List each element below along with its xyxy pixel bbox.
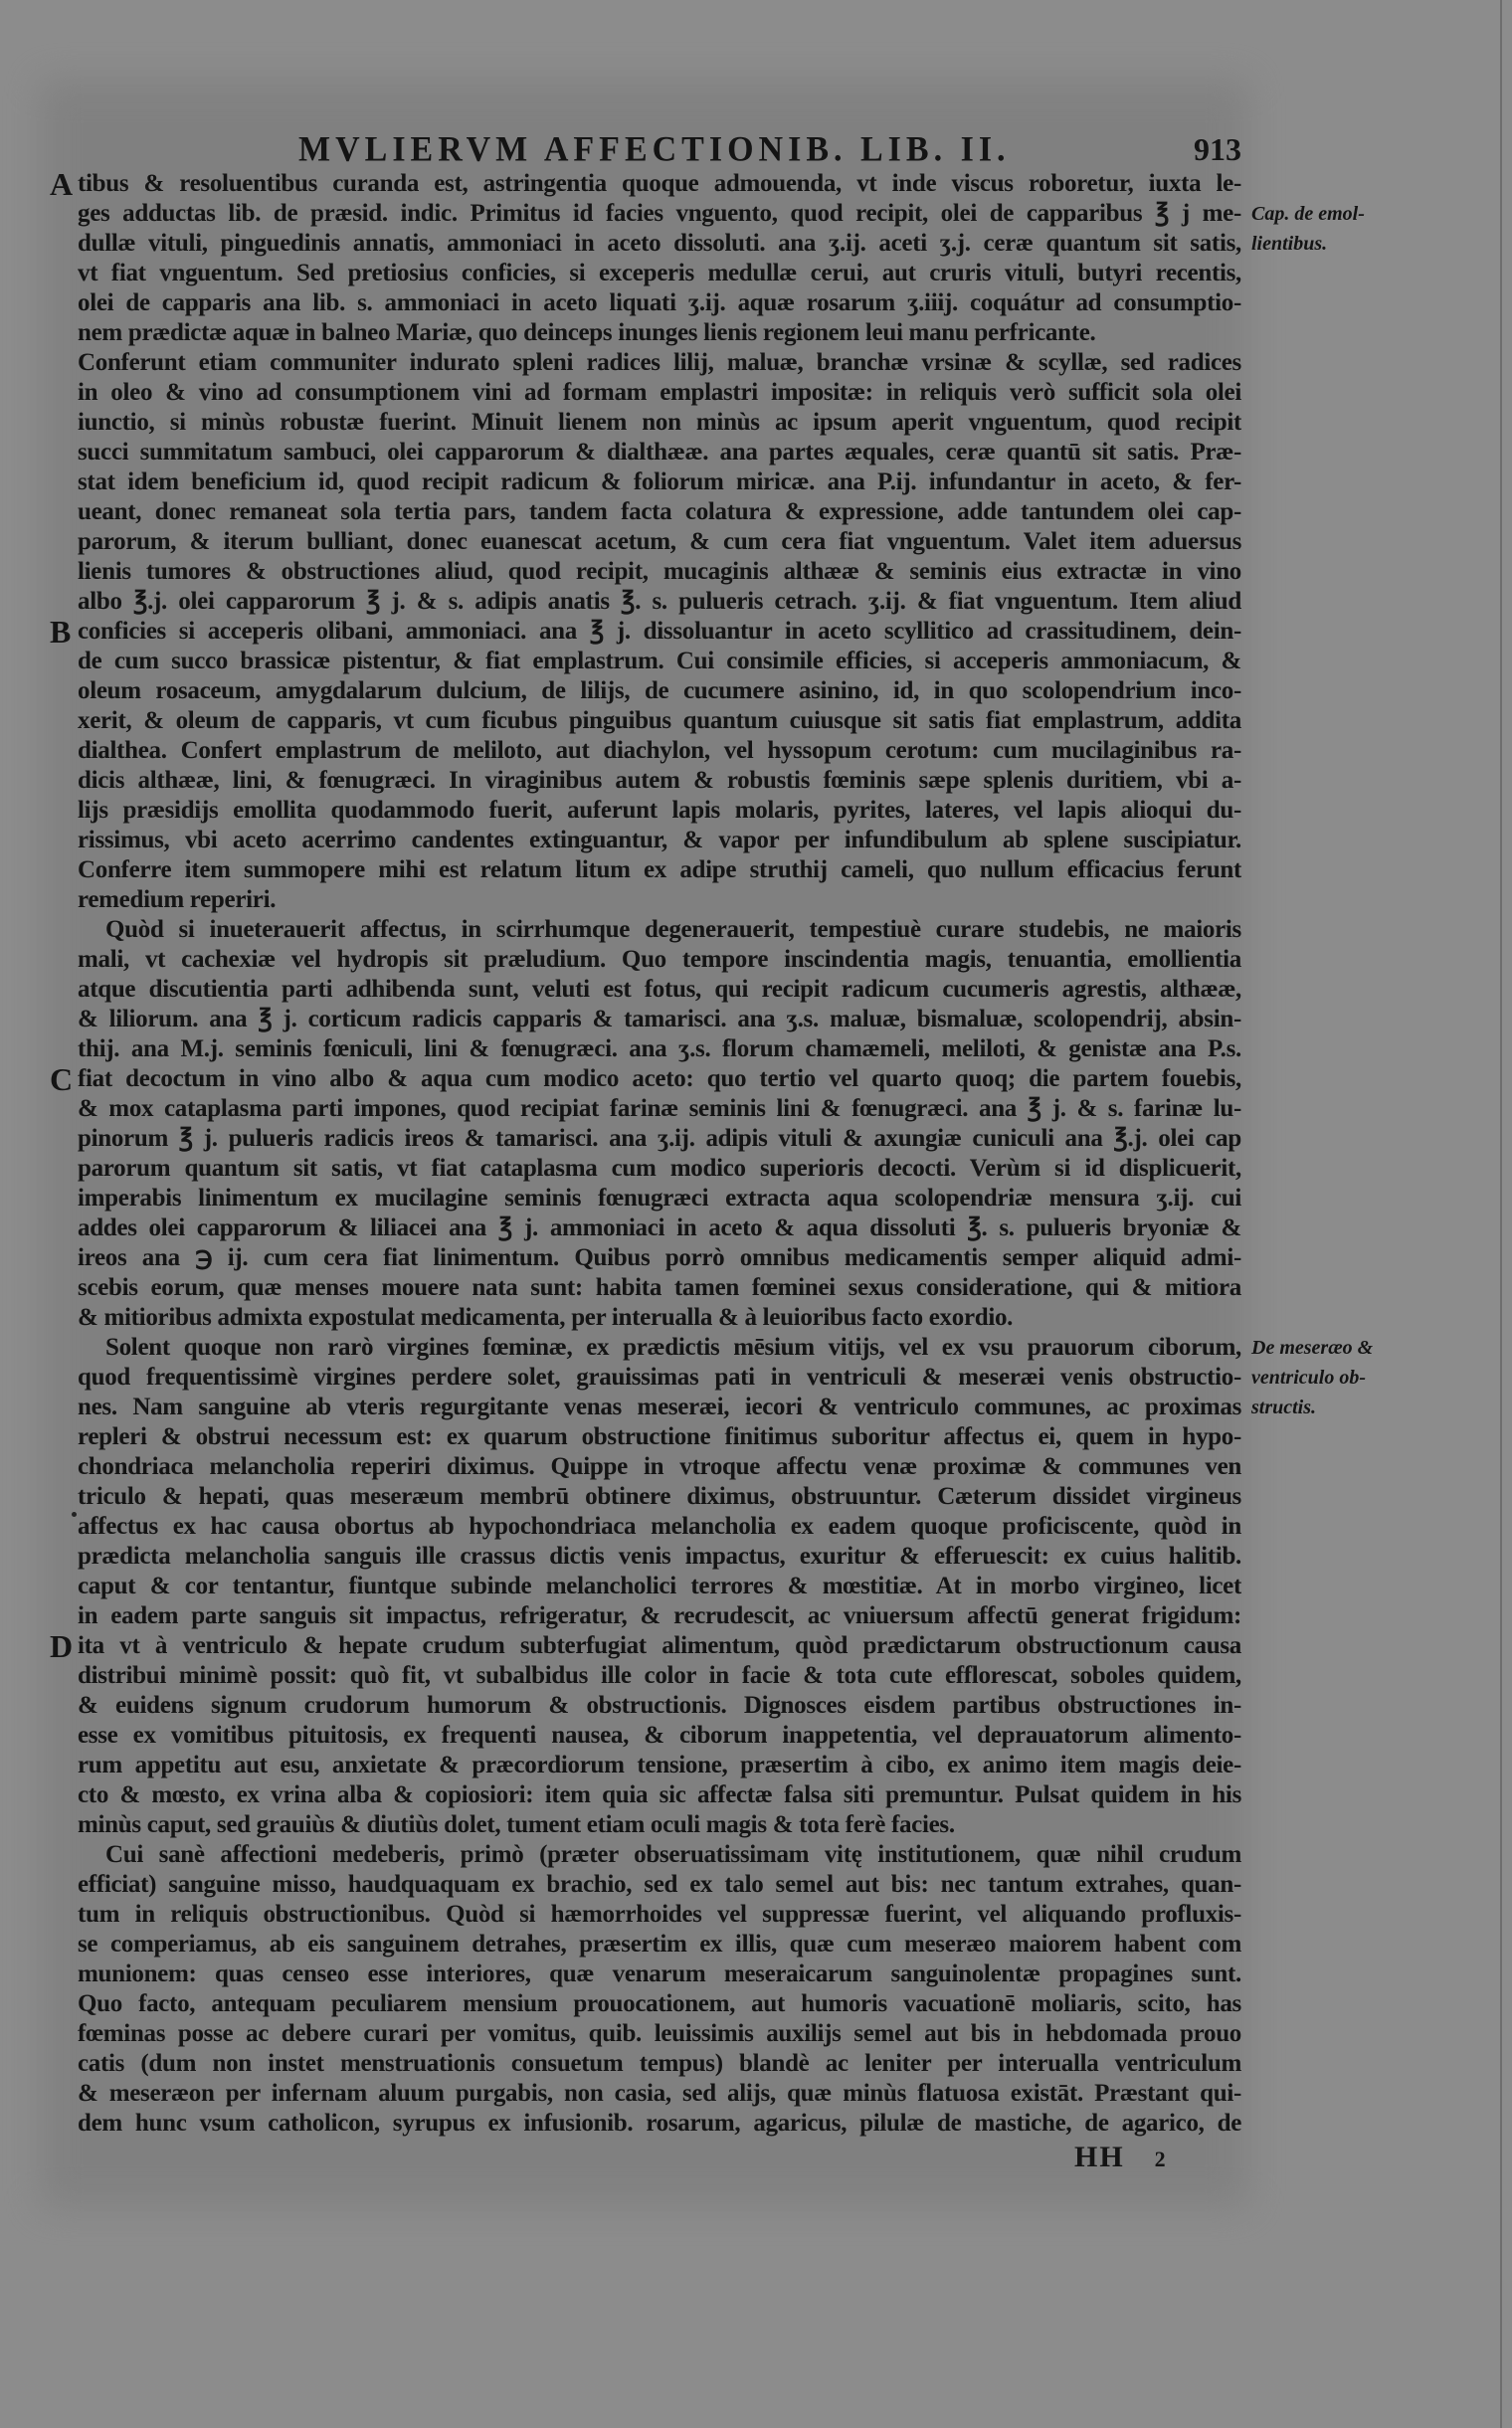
text-line: prædicta melancholia sanguis ille crassu… — [78, 1542, 1241, 1572]
signature-letters: HH — [1074, 2141, 1125, 2173]
text-line: caput & cor tentantur, fiuntque subinde … — [78, 1572, 1241, 1601]
text-line: fiat decoctum in vino albo & aqua cum mo… — [78, 1064, 1241, 1094]
text-line: pinorum ℥ j. pulueris radicis ireos & ta… — [78, 1124, 1241, 1154]
text-line: lijs præsidijs emollita quodammodo fueri… — [78, 796, 1241, 826]
text-line: distribui minimè possit: quò fit, vt sub… — [78, 1661, 1241, 1691]
text-line: iunctio, si minùs robustæ fuerint. Minui… — [78, 408, 1241, 438]
text-line: Conferunt etiam communiter indurato sple… — [78, 348, 1241, 378]
page-edge-line — [1500, 0, 1502, 2428]
text-line: atque discutientia parti adhibenda sunt,… — [78, 975, 1241, 1005]
text-line: addes olei capparorum & liliacei ana ℥ j… — [78, 1214, 1241, 1243]
section-letter-d: D — [50, 1631, 73, 1661]
text-line: ueant, donec remaneat sola tertia pars, … — [78, 497, 1241, 527]
text-line: chondriaca melancholia reperiri diximus.… — [78, 1452, 1241, 1482]
text-line: ges adductas lib. de præsid. indic. Prim… — [78, 199, 1241, 229]
text-line: Cui sanè affectioni medeberis, primò (pr… — [78, 1840, 1241, 1870]
text-line: rissimus, vbi aceto acerrimo candentes e… — [78, 826, 1241, 855]
marginal-note-line: structis. — [1251, 1393, 1401, 1422]
text-line: & mitioribus admixta expostulat medicame… — [78, 1303, 1241, 1333]
section-letter-a: A — [50, 169, 73, 199]
text-line: oleum rosaceum, amygdalarum dulcium, de … — [78, 676, 1241, 706]
text-line: & mox cataplasma parti impones, quod rec… — [78, 1094, 1241, 1124]
text-line: conficies si acceperis olibani, ammoniac… — [78, 617, 1241, 647]
text-line: Quo facto, antequam peculiarem mensium p… — [78, 1989, 1241, 2019]
text-line: minùs caput, sed grauiùs & diutiùs dolet… — [78, 1810, 1241, 1840]
text-line: dialthea. Confert emplastrum de meliloto… — [78, 736, 1241, 766]
section-letter-b: B — [50, 617, 71, 647]
text-line: dicis althææ, lini, & fœnugræci. In vira… — [78, 766, 1241, 796]
text-line: affectus ex hac causa obortus ab hypocho… — [78, 1512, 1241, 1542]
text-line: lienis tumores & obstructiones aliud, qu… — [78, 557, 1241, 587]
text-line: triculo & hepati, quas meseræum membrū o… — [78, 1482, 1241, 1512]
text-line: dullæ vituli, pinguedinis annatis, ammon… — [78, 229, 1241, 259]
text-line: quod frequentissimè virgines perdere sol… — [78, 1363, 1241, 1393]
text-line: & liliorum. ana ℥ j. corticum radicis ca… — [78, 1005, 1241, 1034]
page-number: 913 — [1194, 131, 1241, 168]
text-line: mali, vt cachexiæ vel hydropis sit prælu… — [78, 945, 1241, 975]
body-text: tibus & resoluentibus curanda est, astri… — [78, 169, 1241, 2139]
text-line: xerit, & oleum de capparis, vt cum ficub… — [78, 706, 1241, 736]
text-line: in oleo & vino ad consumptionem vini ad … — [78, 378, 1241, 408]
text-line: de cum succo brassicæ pistentur, & fiat … — [78, 647, 1241, 676]
text-line: vt fiat vnguentum. Sed pretiosius confic… — [78, 259, 1241, 288]
text-line: & euidens signum crudorum humorum & obst… — [78, 1691, 1241, 1721]
text-line: se comperiamus, ab eis sanguinem detrahe… — [78, 1930, 1241, 1960]
text-line: scebis eorum, quæ menses mouere nata sun… — [78, 1273, 1241, 1303]
marginal-note-line: ventriculo ob- — [1251, 1363, 1401, 1393]
section-letter-c: C — [50, 1064, 73, 1094]
text-line: esse ex vomitibus pituitosis, ex frequen… — [78, 1721, 1241, 1751]
text-line: parorum, & iterum bulliant, donec euanes… — [78, 527, 1241, 557]
marginal-note-line: lientibus. — [1251, 229, 1401, 259]
text-line: catis (dum non instet menstruationis con… — [78, 2049, 1241, 2079]
text-line: nes. Nam sanguine ab vteris regurgitante… — [78, 1393, 1241, 1422]
text-line: Solent quoque non rarò virgines fœminæ, … — [78, 1333, 1241, 1363]
text-line: efficiat) sanguine misso, haudquaquam ex… — [78, 1870, 1241, 1900]
running-title: MVLIERVM AFFECTIONIB. LIB. II. — [298, 130, 1015, 170]
text-line: Conferre item summopere mihi est relatum… — [78, 855, 1241, 885]
signature-mark: HH2 — [1074, 2141, 1168, 2174]
text-line: fœminas posse ac debere curari per vomit… — [78, 2019, 1241, 2049]
text-line: repleri & obstrui necessum est: ex quaru… — [78, 1422, 1241, 1452]
marginal-note-line: Cap. de emol- — [1251, 199, 1401, 229]
text-line: in eadem parte sanguis sit impactus, ref… — [78, 1601, 1241, 1631]
text-line: munionem: quas censeo esse interiores, q… — [78, 1960, 1241, 1989]
text-line: cto & mœsto, ex vrina alba & copiosiori:… — [78, 1780, 1241, 1810]
text-line: parorum quantum sit satis, vt fiat catap… — [78, 1154, 1241, 1184]
text-line: dem hunc vsum catholicon, syrupus ex inf… — [78, 2109, 1241, 2139]
marginal-note-line: De meseræo & — [1251, 1333, 1401, 1363]
text-line: tibus & resoluentibus curanda est, astri… — [78, 169, 1241, 199]
text-line: albo ℥.j. olei capparorum ℥ j. & s. adip… — [78, 587, 1241, 617]
signature-number: 2 — [1155, 2147, 1168, 2171]
text-line: & meseræon per infernam aluum purgabis, … — [78, 2079, 1241, 2109]
text-line: remedium reperiri. — [78, 885, 1241, 915]
text-line: olei de capparis ana lib. s. ammoniaci i… — [78, 288, 1241, 318]
text-line: Quòd si inueterauerit affectus, in scirr… — [78, 915, 1241, 945]
text-line: stat idem beneficium id, quod recipit ra… — [78, 467, 1241, 497]
text-line: thij. ana M.j. seminis fœniculi, lini & … — [78, 1034, 1241, 1064]
text-line: ireos ana ℈ ij. cum cera fiat linimentum… — [78, 1243, 1241, 1273]
text-line: succi summitatum sambuci, olei capparoru… — [78, 438, 1241, 467]
text-line: imperabis linimentum ex mucilagine semin… — [78, 1184, 1241, 1214]
ink-speck — [72, 1512, 77, 1517]
text-line: nem prædictæ aquæ in balneo Mariæ, quo d… — [78, 318, 1241, 348]
text-line: tum in reliquis obstructionibus. Quòd si… — [78, 1900, 1241, 1930]
text-line: ita vt à ventriculo & hepate crudum subt… — [78, 1631, 1241, 1661]
text-line: rum appetitu aut esu, anxietate & præcor… — [78, 1751, 1241, 1780]
